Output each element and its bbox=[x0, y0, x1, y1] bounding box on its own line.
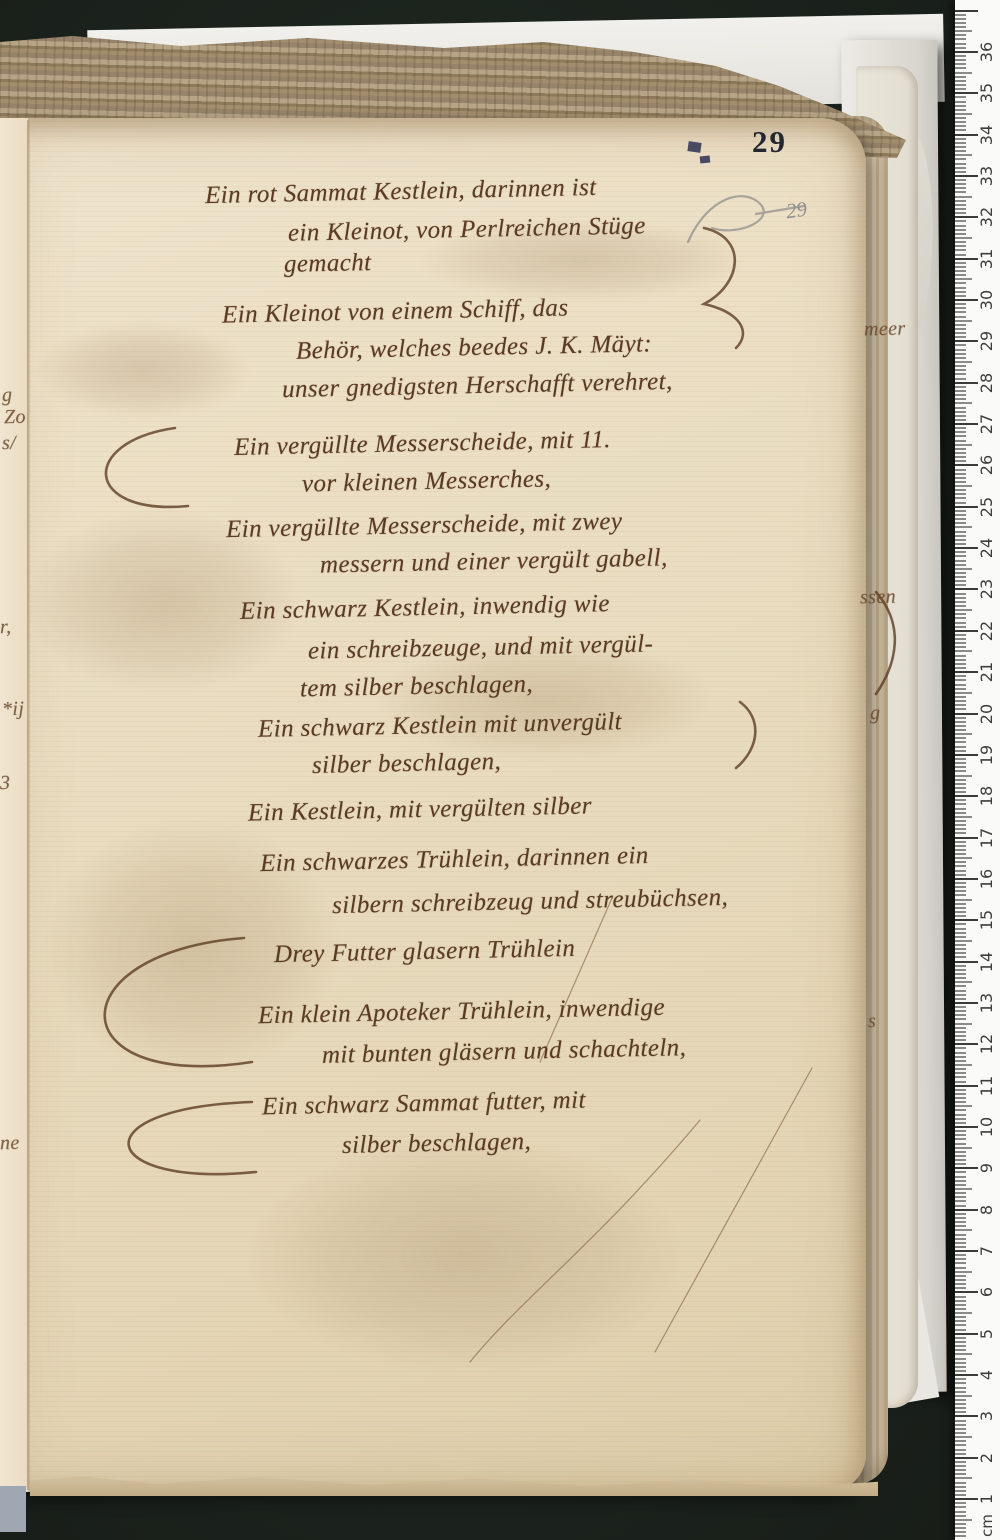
ruler-tick bbox=[955, 568, 972, 570]
hairline-stroke bbox=[655, 1068, 812, 1352]
ruler-tick bbox=[955, 1192, 966, 1194]
ruler-tick bbox=[955, 291, 966, 293]
ruler-tick bbox=[955, 973, 966, 975]
ruler-tick bbox=[955, 373, 966, 375]
ruler-tick bbox=[955, 411, 966, 413]
ruler-tick bbox=[955, 1498, 978, 1500]
ruler-tick bbox=[955, 1291, 978, 1293]
ruler-tick bbox=[955, 878, 978, 880]
ruler-tick bbox=[955, 824, 966, 826]
ruler-tick bbox=[955, 1147, 972, 1149]
ruler-tick bbox=[955, 1403, 966, 1405]
ruler-tick bbox=[955, 998, 966, 1000]
ruler-tick bbox=[955, 258, 978, 260]
ink-stamp bbox=[687, 141, 701, 153]
ruler-tick bbox=[955, 708, 966, 710]
ruler-tick bbox=[955, 179, 966, 181]
ruler-number: 6 bbox=[977, 1281, 997, 1303]
ruler-tick bbox=[955, 1076, 966, 1078]
ruler-tick bbox=[955, 1502, 966, 1504]
ruler-tick bbox=[955, 1531, 966, 1533]
ruler-tick bbox=[955, 952, 966, 954]
ruler-tick bbox=[955, 572, 966, 574]
ruler-tick bbox=[955, 1151, 966, 1153]
ruler-tick bbox=[955, 26, 966, 28]
ruler-tick bbox=[955, 365, 966, 367]
ruler-tick bbox=[955, 146, 966, 148]
handwritten-line: silber beschlagen, bbox=[342, 1128, 532, 1160]
ruler-tick bbox=[955, 874, 966, 876]
ruler-tick bbox=[955, 795, 978, 797]
ruler-tick bbox=[955, 481, 966, 483]
ruler-tick bbox=[955, 398, 966, 400]
ruler-tick bbox=[955, 932, 966, 934]
ruler-tick bbox=[955, 634, 966, 636]
ruler-tick bbox=[955, 1523, 966, 1525]
ruler-tick bbox=[955, 911, 966, 913]
ruler-tick bbox=[955, 750, 966, 752]
ruler-tick bbox=[955, 766, 966, 768]
ruler-tick bbox=[955, 642, 966, 644]
ruler-tick bbox=[955, 522, 966, 524]
handwritten-line: silber beschlagen, bbox=[312, 748, 502, 780]
ruler-tick bbox=[955, 464, 978, 466]
marginal-fragment: *ij bbox=[2, 698, 25, 721]
ruler-tick bbox=[955, 584, 966, 586]
ruler-tick bbox=[955, 841, 966, 843]
ruler-tick bbox=[955, 1283, 966, 1285]
ruler-tick bbox=[955, 216, 978, 218]
ruler-tick bbox=[955, 630, 978, 632]
ruler-number: 26 bbox=[977, 454, 997, 476]
ruler-tick bbox=[955, 1184, 966, 1186]
ruler-number: 27 bbox=[977, 413, 997, 435]
ruler-tick bbox=[955, 1002, 978, 1004]
ruler-tick bbox=[955, 1089, 966, 1091]
ruler-tick bbox=[955, 382, 978, 384]
ruler-tick bbox=[955, 22, 966, 24]
marginal-fragment: Zo bbox=[4, 406, 26, 429]
ruler-tick bbox=[955, 1424, 966, 1426]
ruler-tick bbox=[955, 452, 966, 454]
ruler-tick bbox=[955, 713, 978, 715]
ruler-tick bbox=[955, 1444, 966, 1446]
ruler-tick bbox=[955, 1465, 966, 1467]
ruler-tick bbox=[955, 1060, 966, 1062]
ruler-tick bbox=[955, 1122, 966, 1124]
ruler-tick bbox=[955, 1506, 966, 1508]
ruler-tick bbox=[955, 121, 966, 123]
ruler-tick bbox=[955, 324, 966, 326]
ruler-tick bbox=[955, 502, 966, 504]
ruler-tick bbox=[955, 225, 966, 227]
ruler-tick bbox=[955, 134, 978, 136]
ruler-number: 14 bbox=[977, 951, 997, 973]
ruler-tick bbox=[955, 473, 966, 475]
ruler-number: 19 bbox=[977, 744, 997, 766]
ruler-tick bbox=[955, 1229, 972, 1231]
ruler-tick bbox=[955, 510, 966, 512]
ruler-tick bbox=[955, 1180, 966, 1182]
ruler-tick bbox=[955, 1267, 966, 1269]
ruler-tick bbox=[955, 1018, 966, 1020]
ruler-tick bbox=[955, 646, 966, 648]
ruler-number: 30 bbox=[977, 289, 997, 311]
ruler-tick bbox=[955, 1209, 978, 1211]
ruler-tick bbox=[955, 1337, 966, 1339]
ruler-tick bbox=[955, 638, 966, 640]
ruler-tick bbox=[955, 1258, 966, 1260]
ruler-tick bbox=[955, 1171, 966, 1173]
ruler-tick bbox=[955, 51, 978, 53]
ruler-tick bbox=[955, 1109, 966, 1111]
ruler-tick bbox=[955, 692, 972, 694]
marginal-fragment: ne bbox=[0, 1132, 20, 1155]
ruler-tick bbox=[955, 1275, 966, 1277]
ruler-tick bbox=[955, 299, 978, 301]
ruler-tick bbox=[955, 38, 966, 40]
pencil-flourish bbox=[688, 196, 764, 242]
ruler-tick bbox=[955, 138, 966, 140]
ruler-tick bbox=[955, 460, 966, 462]
ruler-tick bbox=[955, 903, 966, 905]
ruler-tick bbox=[955, 1081, 966, 1083]
flourish-curl-entry6 bbox=[736, 702, 755, 768]
ruler-tick bbox=[955, 737, 966, 739]
ruler-tick bbox=[955, 857, 972, 859]
ruler-tick bbox=[955, 1420, 966, 1422]
ruler-tick bbox=[955, 88, 966, 90]
ruler-tick bbox=[955, 125, 966, 127]
ruler-tick bbox=[955, 435, 966, 437]
marginal-fragment: g bbox=[870, 702, 881, 725]
ruler-tick bbox=[955, 378, 966, 380]
ruler-tick bbox=[955, 150, 966, 152]
ruler-tick bbox=[955, 688, 966, 690]
ruler-tick bbox=[955, 588, 978, 590]
ruler-number: 3 bbox=[977, 1405, 997, 1427]
ruler-tick bbox=[955, 717, 966, 719]
ruler-tick bbox=[955, 746, 966, 748]
ruler-tick bbox=[955, 423, 978, 425]
ruler-tick bbox=[955, 361, 972, 363]
ruler-tick bbox=[955, 1200, 966, 1202]
ruler-tick bbox=[955, 667, 966, 669]
ruler-number: 15 bbox=[977, 909, 997, 931]
ruler-tick bbox=[955, 1225, 966, 1227]
ruler-tick bbox=[955, 928, 966, 930]
ruler-tick bbox=[955, 1023, 972, 1025]
ruler-tick bbox=[955, 204, 966, 206]
ruler-tick bbox=[955, 1349, 966, 1351]
ruler-tick bbox=[955, 1432, 966, 1434]
ruler-tick bbox=[955, 655, 966, 657]
marginal-fragment: ssen bbox=[860, 586, 897, 610]
ruler-tick bbox=[955, 1453, 966, 1455]
ruler-tick bbox=[955, 1399, 966, 1401]
ruler-tick bbox=[955, 828, 966, 830]
ruler-tick bbox=[955, 849, 966, 851]
ruler-tick bbox=[955, 1362, 966, 1364]
ruler-tick bbox=[955, 1515, 966, 1517]
ruler-tick bbox=[955, 1250, 978, 1252]
ruler-number: 32 bbox=[977, 206, 997, 228]
ruler-number: 25 bbox=[977, 496, 997, 518]
pencil-annotation: 29 bbox=[784, 197, 808, 225]
ruler-tick bbox=[955, 1436, 972, 1438]
ruler-number: 24 bbox=[977, 537, 997, 559]
ruler-tick bbox=[955, 770, 966, 772]
ruler-number: 31 bbox=[977, 248, 997, 270]
ruler-tick bbox=[955, 444, 972, 446]
ruler-tick bbox=[955, 117, 966, 119]
ruler-tick bbox=[955, 407, 966, 409]
ruler-tick bbox=[955, 923, 966, 925]
ruler-tick bbox=[955, 245, 966, 247]
ruler-unit-label: cm bbox=[977, 1515, 997, 1537]
ruler-tick bbox=[955, 865, 966, 867]
ruler-tick bbox=[955, 1234, 966, 1236]
ruler-tick bbox=[955, 1341, 966, 1343]
ruler-tick bbox=[955, 129, 966, 131]
ruler-tick bbox=[955, 1387, 966, 1389]
ruler-tick bbox=[955, 1242, 966, 1244]
ruler-tick bbox=[955, 907, 966, 909]
ruler-tick bbox=[955, 601, 966, 603]
ruler-tick bbox=[955, 1457, 978, 1459]
ruler-number: 11 bbox=[977, 1075, 997, 1097]
flourish-c-entry11 bbox=[129, 1102, 256, 1174]
ruler-tick bbox=[955, 448, 966, 450]
ruler-tick bbox=[955, 1114, 966, 1116]
ruler-tick bbox=[955, 1511, 966, 1513]
ruler-tick bbox=[955, 543, 966, 545]
ruler-tick bbox=[955, 489, 966, 491]
ruler-tick bbox=[955, 101, 966, 103]
ruler-number: 4 bbox=[977, 1364, 997, 1386]
ruler-tick bbox=[955, 555, 966, 557]
ruler-number: 36 bbox=[977, 41, 997, 63]
ruler-tick bbox=[955, 936, 966, 938]
ruler-tick bbox=[955, 605, 966, 607]
ruler-tick bbox=[955, 1085, 978, 1087]
handwritten-line: vor kleinen Messerches, bbox=[302, 465, 552, 498]
ruler-tick bbox=[955, 915, 966, 917]
ruler-tick bbox=[955, 1490, 966, 1492]
ruler-tick bbox=[955, 1324, 966, 1326]
ruler-tick bbox=[955, 1068, 966, 1070]
ruler-tick bbox=[955, 80, 966, 82]
ruler-tick bbox=[955, 163, 966, 165]
ruler-tick bbox=[955, 1254, 966, 1256]
ruler-tick bbox=[955, 1345, 966, 1347]
ruler-tick bbox=[955, 1188, 972, 1190]
scan-background: 29 29 Ein rot Sammat Kestlein, darinnen … bbox=[0, 0, 1000, 1540]
ruler-tick bbox=[955, 220, 966, 222]
ruler-tick bbox=[955, 187, 966, 189]
ruler-tick bbox=[955, 882, 966, 884]
ruler-tick bbox=[955, 969, 966, 971]
page-number: 29 bbox=[752, 124, 787, 160]
ruler-tick bbox=[955, 812, 966, 814]
ruler-tick bbox=[955, 1039, 966, 1041]
ruler-tick bbox=[955, 469, 966, 471]
ruler-tick bbox=[955, 861, 966, 863]
ruler-tick bbox=[955, 1296, 966, 1298]
ruler-tick bbox=[955, 1382, 966, 1384]
ruler-tick bbox=[955, 741, 966, 743]
ruler-tick bbox=[955, 547, 978, 549]
ruler-tick bbox=[955, 1176, 966, 1178]
ruler-tick bbox=[955, 295, 966, 297]
ruler-tick bbox=[955, 816, 972, 818]
ruler-tick bbox=[955, 787, 966, 789]
ruler-tick bbox=[955, 477, 966, 479]
ruler-tick bbox=[955, 1163, 966, 1165]
ruler-tick bbox=[955, 249, 966, 251]
ruler-tick bbox=[955, 266, 966, 268]
ruler-tick bbox=[955, 609, 972, 611]
ruler-tick bbox=[955, 208, 966, 210]
ruler-tick bbox=[955, 1374, 978, 1376]
ruler-number: 8 bbox=[977, 1199, 997, 1221]
ruler-tick bbox=[955, 278, 972, 280]
ruler-tick bbox=[955, 899, 972, 901]
ruler-tick bbox=[955, 919, 978, 921]
ruler-tick bbox=[955, 832, 966, 834]
ruler-tick bbox=[955, 431, 966, 433]
ruler-number: 1 bbox=[977, 1488, 997, 1510]
ruler-tick bbox=[955, 402, 972, 404]
ruler-tick bbox=[955, 1143, 966, 1145]
ruler-tick bbox=[955, 254, 966, 256]
ruler-tick bbox=[955, 775, 972, 777]
ink-stamp bbox=[700, 155, 711, 163]
ruler-tick bbox=[955, 779, 966, 781]
ruler-tick bbox=[955, 679, 966, 681]
ruler-tick bbox=[955, 725, 966, 727]
ruler-tick bbox=[955, 948, 966, 950]
ruler-tick bbox=[955, 622, 966, 624]
ruler-tick bbox=[955, 576, 966, 578]
ruler-tick bbox=[955, 956, 966, 958]
ruler-tick bbox=[955, 837, 978, 839]
ruler-tick bbox=[955, 1370, 966, 1372]
ruler-number: 29 bbox=[977, 330, 997, 352]
ruler-number: 17 bbox=[977, 827, 997, 849]
ruler-tick bbox=[955, 977, 966, 979]
ruler-tick bbox=[955, 30, 972, 32]
ruler-tick bbox=[955, 1312, 972, 1314]
ruler-tick bbox=[955, 870, 966, 872]
ruler-tick bbox=[955, 96, 966, 98]
ruler-tick bbox=[955, 1428, 966, 1430]
ruler-tick bbox=[955, 626, 966, 628]
ruler-tick bbox=[955, 1035, 966, 1037]
ruler-number: 12 bbox=[977, 1033, 997, 1055]
ruler-tick bbox=[955, 76, 966, 78]
ruler-number: 28 bbox=[977, 372, 997, 394]
ruler-tick bbox=[955, 262, 966, 264]
ruler-tick bbox=[955, 1246, 966, 1248]
ruler-tick bbox=[955, 105, 966, 107]
ruler-tick bbox=[955, 853, 966, 855]
ruler-tick bbox=[955, 721, 966, 723]
ruler-tick bbox=[955, 659, 966, 661]
ruler-tick bbox=[955, 167, 966, 169]
ruler-tick bbox=[955, 762, 966, 764]
ruler-tick bbox=[955, 808, 966, 810]
ruler-tick bbox=[955, 1196, 966, 1198]
ruler-tick bbox=[955, 990, 966, 992]
ruler-tick bbox=[955, 497, 966, 499]
ruler-tick bbox=[955, 369, 966, 371]
ruler-tick bbox=[955, 1101, 966, 1103]
ruler-tick bbox=[955, 1333, 978, 1335]
ruler-number: 33 bbox=[977, 165, 997, 187]
ruler-tick bbox=[955, 1415, 978, 1417]
ruler-number: 34 bbox=[977, 124, 997, 146]
ruler-number: 5 bbox=[977, 1323, 997, 1345]
ruler-number: 23 bbox=[977, 578, 997, 600]
ruler-tick bbox=[955, 1105, 972, 1107]
ruler-tick bbox=[955, 142, 966, 144]
ruler-tick bbox=[955, 560, 966, 562]
ruler-tick bbox=[955, 758, 966, 760]
ruler-tick bbox=[955, 1213, 966, 1215]
ruler-tick bbox=[955, 1134, 966, 1136]
ruler-number: 7 bbox=[977, 1240, 997, 1262]
ruler-tick bbox=[955, 845, 966, 847]
flourish-bracket-entry1 bbox=[704, 228, 743, 348]
ruler-tick bbox=[955, 671, 978, 673]
ruler-tick bbox=[955, 1056, 966, 1058]
ruler-tick bbox=[955, 1535, 966, 1537]
ruler-tick bbox=[955, 580, 966, 582]
ruler-tick bbox=[955, 1287, 966, 1289]
ruler-tick bbox=[955, 1469, 966, 1471]
ruler-tick bbox=[955, 171, 966, 173]
ruler-tick bbox=[955, 961, 978, 963]
ruler-tick bbox=[955, 663, 966, 665]
ruler-tick bbox=[955, 270, 966, 272]
ruler-tick bbox=[955, 613, 966, 615]
ruler-tick bbox=[955, 994, 966, 996]
ruler-tick bbox=[955, 282, 966, 284]
ruler-tick bbox=[955, 506, 978, 508]
ruler-tick bbox=[955, 1300, 966, 1302]
ruler-tick bbox=[955, 1167, 978, 1169]
ruler-number: 13 bbox=[977, 992, 997, 1014]
ruler-tick bbox=[955, 593, 966, 595]
ruler-tick bbox=[955, 1031, 966, 1033]
ruler-tick bbox=[955, 456, 966, 458]
ruler-tick bbox=[955, 1138, 966, 1140]
ruler-number: 20 bbox=[977, 703, 997, 725]
ruler-tick bbox=[955, 1320, 966, 1322]
ruler-tick bbox=[955, 109, 966, 111]
ruler-tick bbox=[955, 1221, 966, 1223]
ruler-tick bbox=[955, 1064, 972, 1066]
ruler-tick bbox=[955, 886, 966, 888]
ruler-tick bbox=[955, 617, 966, 619]
ruler-tick bbox=[955, 1006, 966, 1008]
ruler-tick bbox=[955, 985, 966, 987]
ruler-tick bbox=[955, 274, 966, 276]
ruler-tick bbox=[955, 820, 966, 822]
ruler-tick bbox=[955, 427, 966, 429]
ruler-tick bbox=[955, 84, 966, 86]
